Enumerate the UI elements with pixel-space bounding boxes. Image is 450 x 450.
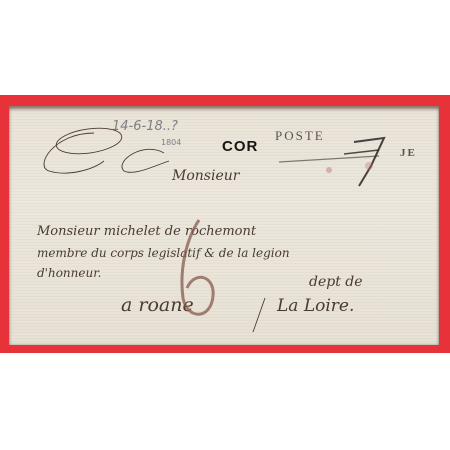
flourish-mark: [34, 131, 174, 181]
letter-paper: 14-6-18..? 1804 COR POSTE JE Monsieur Mo…: [9, 106, 439, 345]
address-line-3: d'honneur.: [37, 266, 101, 280]
salutation: Monsieur: [172, 168, 239, 184]
separator-stroke: [249, 296, 269, 336]
department-line-2: La Loire.: [277, 296, 354, 316]
postmark-fragment: JE: [400, 147, 417, 159]
postage-mark-6: [169, 218, 229, 328]
department-line-1: dept de: [309, 274, 363, 290]
address-line-2: membre du corps legislatif & de la legio…: [37, 246, 290, 260]
postmark-corps: COR: [222, 138, 258, 155]
postmark-crossing-strokes: [259, 126, 399, 186]
